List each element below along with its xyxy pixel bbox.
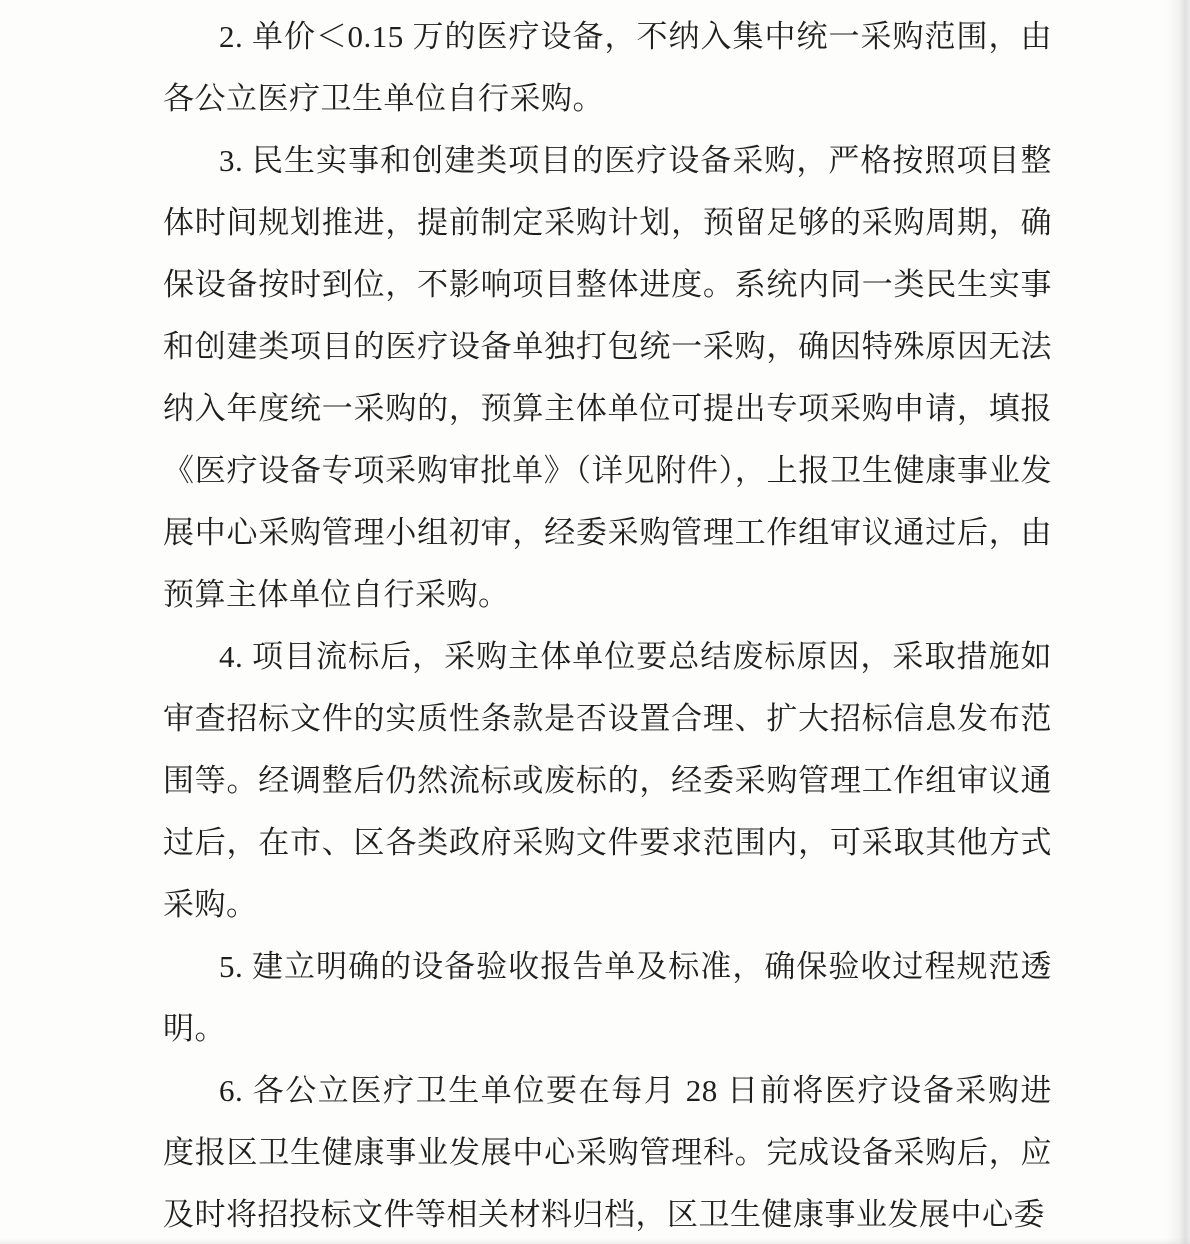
paragraph-item-3: 3. 民生实事和创建类项目的医疗设备采购，严格按照项目整体时间规划推进，提前制定… [163, 130, 1052, 626]
scan-edge-shadow-right [1166, 0, 1190, 1244]
document-page: 2. 单价＜0.15 万的医疗设备，不纳入集中统一采购范围，由各公立医疗卫生单位… [0, 0, 1190, 1244]
paragraph-item-2: 2. 单价＜0.15 万的医疗设备，不纳入集中统一采购范围，由各公立医疗卫生单位… [163, 6, 1052, 130]
paragraph-item-6: 6. 各公立医疗卫生单位要在每月 28 日前将医疗设备采购进度报区卫生健康事业发… [163, 1060, 1052, 1244]
paragraph-item-4: 4. 项目流标后，采购主体单位要总结废标原因，采取措施如审查招标文件的实质性条款… [163, 626, 1052, 936]
paragraph-item-5: 5. 建立明确的设备验收报告单及标准，确保验收过程规范透明。 [163, 936, 1052, 1060]
